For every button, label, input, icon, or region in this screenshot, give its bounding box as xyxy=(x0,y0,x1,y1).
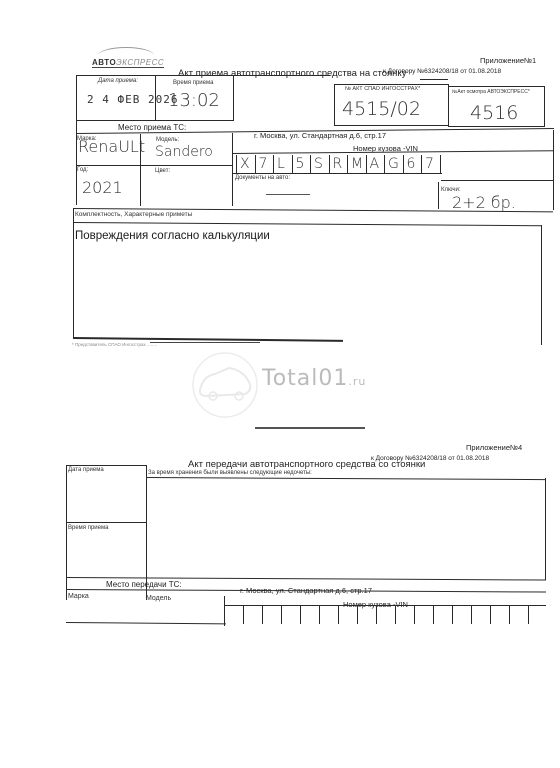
place-value: г. Москва, ул. Стандартная д.6, стр.17 xyxy=(254,131,386,140)
rule xyxy=(441,180,554,181)
rule xyxy=(76,165,232,166)
avtoexpress-act-value: 4516 xyxy=(470,102,518,124)
equipment-label: Комплектность, Характерные приметы xyxy=(75,212,192,219)
vin-char: G xyxy=(388,156,399,172)
date-label-4: Дата приема xyxy=(68,467,104,473)
rule xyxy=(73,337,343,341)
vin-cell xyxy=(281,606,301,624)
vin-char: L xyxy=(277,156,285,172)
model-label-4: Модель xyxy=(146,595,171,602)
date-label: Дата приема: xyxy=(98,78,138,84)
vin-cell xyxy=(224,606,244,624)
rule xyxy=(66,622,226,624)
rule xyxy=(73,222,541,226)
rule xyxy=(76,120,233,121)
time-label: Время приема xyxy=(173,80,213,86)
ingos-act-label: № АКТ СПАО ИНГОССТРАХ* xyxy=(345,87,420,93)
vin-cell xyxy=(528,606,548,624)
vin-char: X xyxy=(240,156,250,172)
color-label: Цвет: xyxy=(155,168,170,174)
place-label-4: Место передачи ТС: xyxy=(106,580,182,589)
vin-cell xyxy=(433,606,453,624)
vin-cell xyxy=(452,606,472,624)
title-underline xyxy=(420,79,448,80)
rule xyxy=(76,75,330,76)
time-value: 13:02 xyxy=(168,90,220,111)
scan-artifact-rule xyxy=(255,427,365,429)
form-1-title: Акт приема автотранспортного средства на… xyxy=(178,68,406,79)
vin-cell xyxy=(490,606,510,624)
rule xyxy=(553,130,554,210)
year-value: 2021 xyxy=(82,178,123,197)
model-label: Модель: xyxy=(156,137,179,143)
vin-char: M xyxy=(351,156,363,172)
vin-cell xyxy=(357,606,377,624)
vin-char: S xyxy=(314,156,323,172)
model-value: Sandero xyxy=(155,144,213,160)
footnote: * Представитель СПАО Ингосстрах ........ xyxy=(72,343,157,348)
form-4-title: Акт передачи автотранспортного средства … xyxy=(188,459,425,470)
defects-label: За время хранения были выявлены следующи… xyxy=(148,470,312,476)
keys-value: 2+2 бр. xyxy=(452,193,516,212)
vin-cell xyxy=(300,606,320,624)
time-label-4: Время приема xyxy=(68,525,108,531)
total01-logo-car-icon xyxy=(185,350,265,420)
vin-cell xyxy=(414,606,434,624)
vin-char: 6 xyxy=(407,156,416,172)
vin-cell xyxy=(509,606,529,624)
ingos-act-value: 4515/02 xyxy=(342,98,421,120)
vin-cell xyxy=(243,606,263,624)
date-stamp: 2 4 ФЕВ 2026 xyxy=(87,93,178,106)
vin-char: A xyxy=(370,156,380,172)
rule xyxy=(66,465,67,600)
vin-cell xyxy=(262,606,282,624)
watermark-text: Total01.ru xyxy=(262,366,366,391)
rule xyxy=(545,478,546,580)
year-label: Год: xyxy=(77,167,88,173)
vin-cell xyxy=(338,606,358,624)
equipment-value: Повреждения согласно калькуляции xyxy=(75,230,270,242)
brand-label-4: Марка xyxy=(68,593,89,600)
rule xyxy=(73,208,74,338)
appendix-4-label: Приложение№4 xyxy=(466,443,522,452)
vin-cell xyxy=(395,606,415,624)
rule xyxy=(66,522,146,523)
rule xyxy=(232,133,233,206)
vin-cell xyxy=(376,606,396,624)
rule xyxy=(66,465,146,466)
rule xyxy=(232,173,442,174)
rule xyxy=(232,150,554,154)
documents-label: Документы на авто: xyxy=(235,175,290,181)
vin-cell xyxy=(471,606,491,624)
scan-artifact-rule xyxy=(150,342,260,343)
avtoexpress-logo: АВТОЭКСПРЕСС xyxy=(92,58,164,68)
appendix-1-label: Приложение№1 xyxy=(480,56,536,65)
rule xyxy=(146,477,546,480)
place-label: Место приема ТС: xyxy=(118,123,186,132)
rule xyxy=(541,225,542,345)
vin-cell xyxy=(319,606,339,624)
vin-char: 7 xyxy=(259,156,268,172)
avtoexpress-act-label: №Акт осмотра АВТОЭКСПРЕСС* xyxy=(452,90,530,95)
rule xyxy=(438,182,439,209)
vin-char: 5 xyxy=(296,156,305,172)
vin-char: 7 xyxy=(425,156,434,172)
brand-value: RenaULt xyxy=(78,137,145,156)
documents-dash xyxy=(266,194,310,195)
rule xyxy=(233,75,234,121)
vin-char: R xyxy=(333,156,343,172)
